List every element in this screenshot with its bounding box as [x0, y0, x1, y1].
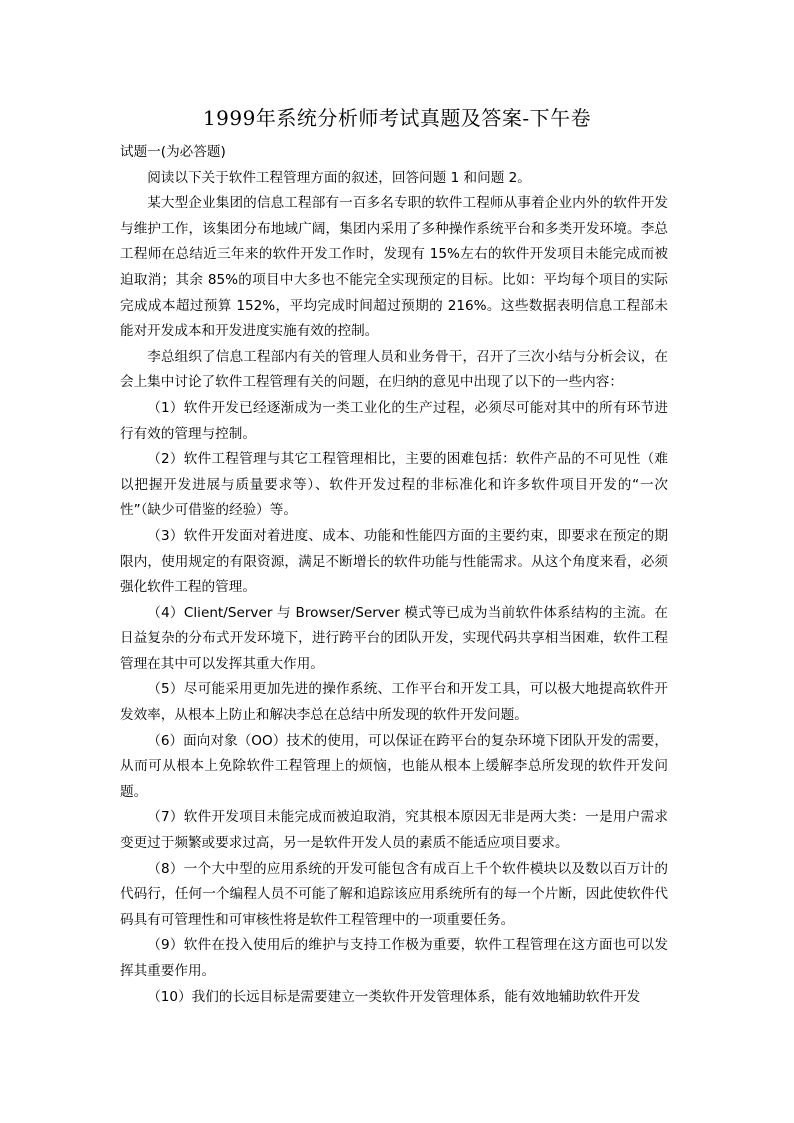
opinion-item-6: （6）面向对象（OO）技术的使用，可以保证在跨平台的复杂环境下团队开发的需要，从…	[120, 729, 668, 806]
opinion-item-8: （8）一个大中型的应用系统的开发可能包含有成百上千个软件模块以及数以百万计的代码…	[120, 857, 668, 934]
opinion-item-2: （2）软件工程管理与其它工程管理相比，主要的困难包括：软件产品的不可见性（难以把…	[120, 447, 668, 524]
background-paragraph: 某大型企业集团的信息工程部有一百多名专职的软件工程师从事着企业内外的软件开发与维…	[120, 191, 668, 345]
section-heading: 试题一(为必答题)	[120, 140, 668, 166]
meeting-paragraph: 李总组织了信息工程部内有关的管理人员和业务骨干，召开了三次小结与分析会议，在会上…	[120, 345, 668, 396]
opinion-item-9: （9）软件在投入使用后的维护与支持工作极为重要，软件工程管理在这方面也可以发挥其…	[120, 933, 668, 984]
opinion-item-10: （10）我们的长远目标是需要建立一类软件开发管理体系，能有效地辅助软件开发	[120, 985, 668, 1011]
opinion-item-4: （4）Client/Server 与 Browser/Server 模式等已成为…	[120, 601, 668, 678]
opinion-item-1: （1）软件开发已经逐渐成为一类工业化的生产过程，必须尽可能对其中的所有环节进行有…	[120, 396, 668, 447]
opinion-item-5: （5）尽可能采用更加先进的操作系统、工作平台和开发工具，可以极大地提高软件开发效…	[120, 677, 668, 728]
document-page: 1999年系统分析师考试真题及答案-下午卷 试题一(为必答题) 阅读以下关于软件…	[0, 0, 794, 1123]
question-intro: 阅读以下关于软件工程管理方面的叙述，回答问题 1 和问题 2。	[120, 166, 668, 192]
opinion-item-7: （7）软件开发项目未能完成而被迫取消，究其根本原因无非是两大类：一是用户需求变更…	[120, 805, 668, 856]
document-body: 试题一(为必答题) 阅读以下关于软件工程管理方面的叙述，回答问题 1 和问题 2…	[120, 140, 668, 1010]
document-title: 1999年系统分析师考试真题及答案-下午卷	[0, 104, 794, 132]
opinion-item-3: （3）软件开发面对着进度、成本、功能和性能四方面的主要约束，即要求在预定的期限内…	[120, 524, 668, 601]
